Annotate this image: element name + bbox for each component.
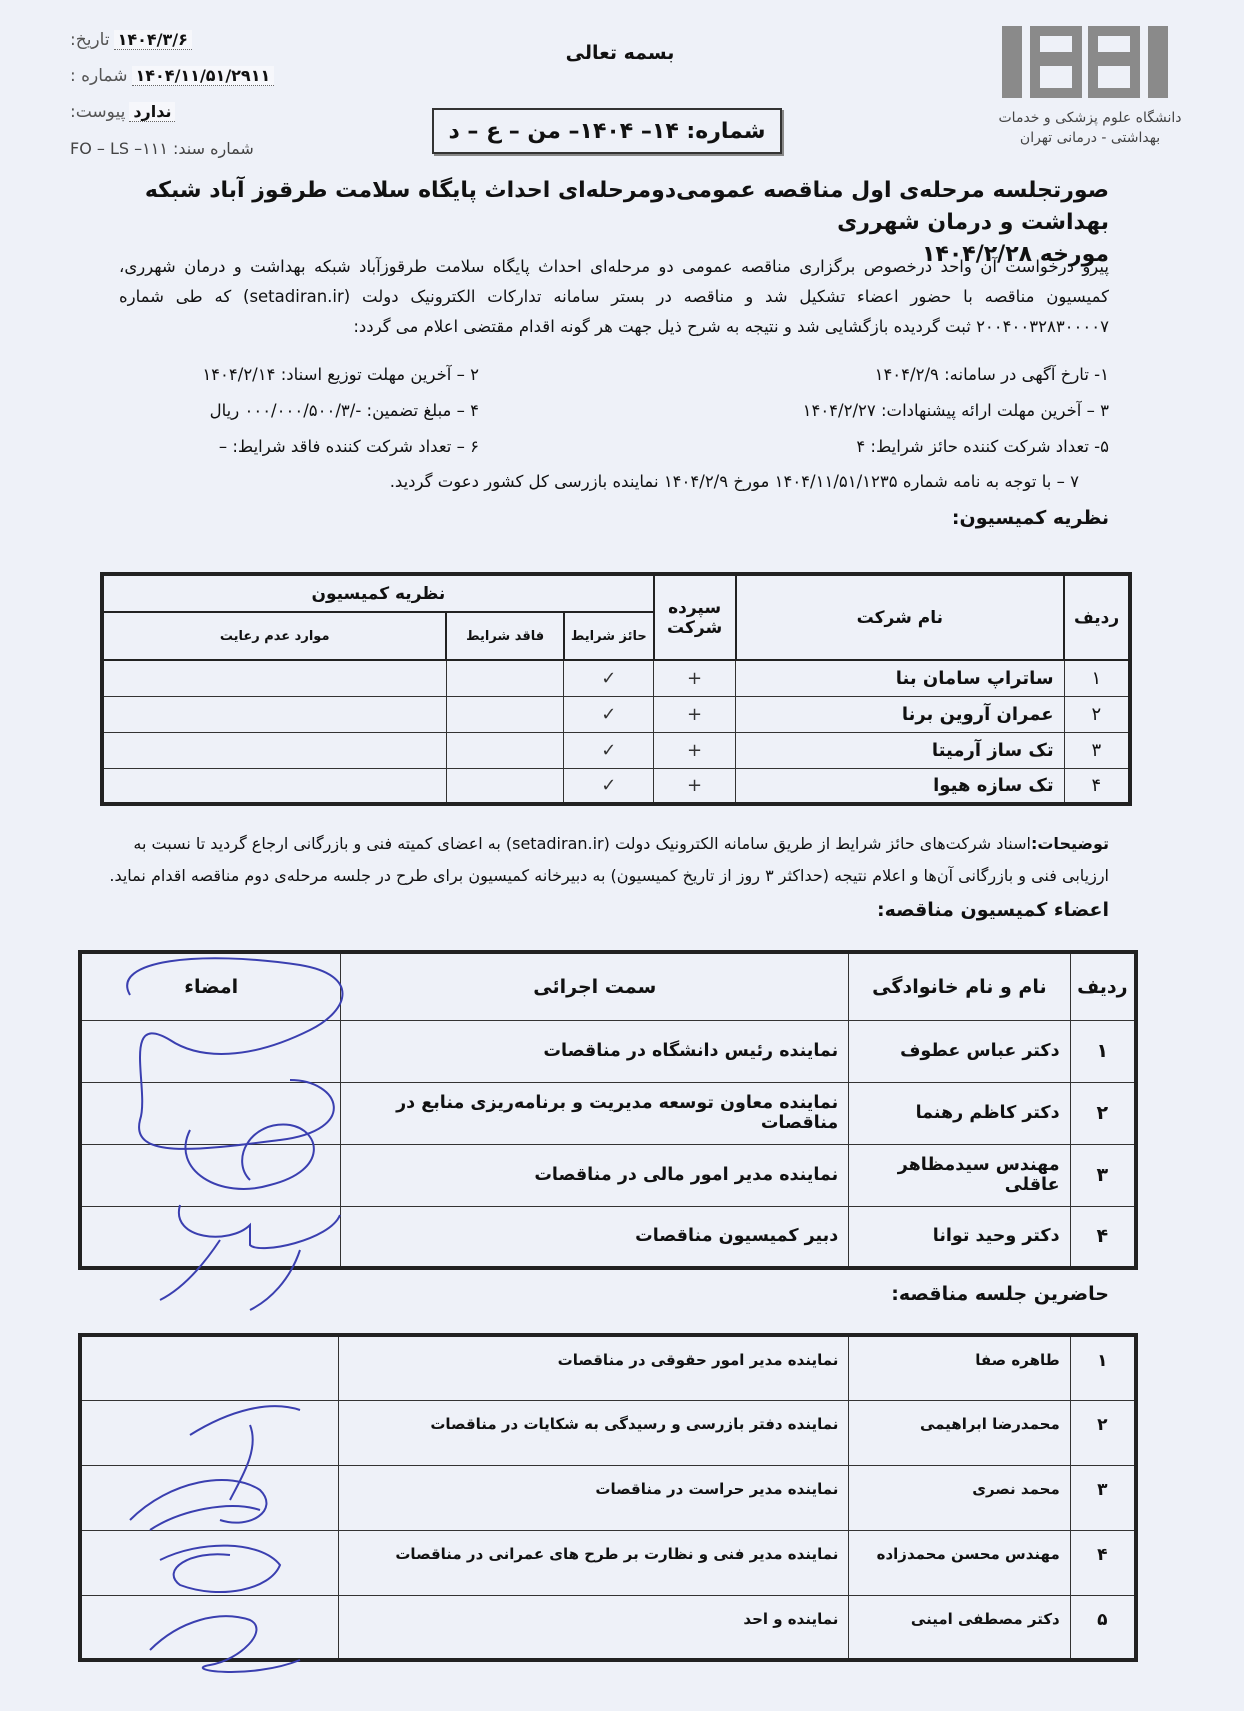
- table-row: ۳ محمد نصری نماینده مدیر حراست در مناقصا…: [80, 1465, 1136, 1530]
- university-name: دانشگاه علوم پزشکی و خدمات بهداشتی - درم…: [985, 108, 1195, 148]
- signature-cell: [80, 1082, 341, 1144]
- col-header-row: ردیف: [1064, 574, 1130, 660]
- members-col-row: ردیف: [1070, 952, 1136, 1020]
- noncompliance-cell: [102, 660, 446, 696]
- attendee-name: دکتر مصطفی امینی: [849, 1595, 1070, 1660]
- check-icon: ✓: [564, 732, 654, 768]
- member-role: دبیر کمیسیون مناقصات: [341, 1206, 849, 1268]
- row-number: ۳: [1070, 1144, 1136, 1206]
- fact-qualified-count: ۵- تعداد شرکت کننده حائز شرایط: ۴: [609, 437, 1109, 456]
- check-icon: ✓: [564, 696, 654, 732]
- attendee-name: محمد نصری: [849, 1465, 1070, 1530]
- check-icon: ✓: [564, 660, 654, 696]
- deposit-mark: +: [654, 696, 736, 732]
- signature-cell: [80, 1020, 341, 1082]
- attendee-role: نماینده مدیر حراست در مناقصات: [339, 1465, 849, 1530]
- col-header-opinion: نظریه کمیسیون: [102, 574, 654, 612]
- table-row: ۴ مهندس محسن محمدزاده نماینده مدیر فنی و…: [80, 1530, 1136, 1595]
- attendees-heading: حاضرین جلسه مناقصه:: [709, 1283, 1109, 1305]
- signature-cell: [80, 1144, 341, 1206]
- members-col-name: نام و نام خانوادگی: [849, 952, 1070, 1020]
- table-row: ۲ دکتر کاظم رهنما نماینده معاون توسعه مد…: [80, 1082, 1136, 1144]
- meta-date-value: ۱۴۰۴/۳/۶: [114, 30, 192, 50]
- noncompliance-cell: [102, 696, 446, 732]
- col-header-qualified: حائز شرایط: [564, 612, 654, 660]
- row-number: ۲: [1070, 1082, 1136, 1144]
- meta-date-row: تاریخ: ۱۴۰۴/۳/۶: [70, 22, 310, 58]
- members-heading: اعضاء کمیسیون مناقصه:: [99, 894, 1109, 926]
- member-role: نماینده مدیر امور مالی در مناقصات: [341, 1144, 849, 1206]
- col-header-noncompliance: موارد عدم رعایت: [102, 612, 446, 660]
- unqualified-cell: [446, 660, 564, 696]
- member-name: دکتر وحید توانا: [849, 1206, 1070, 1268]
- company-name: تک سازه هیوا: [736, 768, 1065, 804]
- member-role: نماینده معاون توسعه مدیریت و برنامه‌ریزی…: [341, 1082, 849, 1144]
- meta-number-row: شماره : ۱۴۰۴/۱۱/۵۱/۲۹۱۱: [70, 58, 310, 94]
- table-row: ۲ محمدرضا ابراهیمی نماینده دفتر بازرسی و…: [80, 1400, 1136, 1465]
- deposit-mark: +: [654, 768, 736, 804]
- company-name: ساتراپ سامان بنا: [736, 660, 1065, 696]
- table-row: ۱ طاهره صفا نماینده مدیر امور حقوقی در م…: [80, 1335, 1136, 1400]
- company-name: عمران آروین برنا: [736, 696, 1065, 732]
- meta-number-value: ۱۴۰۴/۱۱/۵۱/۲۹۱۱: [132, 66, 275, 86]
- fact-bid-deadline: ۳ – آخرین مهلت ارائه پیشنهادات: ۱۴۰۴/۲/۲…: [609, 401, 1109, 420]
- members-table: ردیف نام و نام خانوادگی سمت اجرائی امضاء…: [78, 950, 1138, 1270]
- fact-ad-date: ۱- تارخ آگهی در سامانه: ۱۴۰۴/۲/۹: [609, 365, 1109, 384]
- tender-facts: ۱- تارخ آگهی در سامانه: ۱۴۰۴/۲/۹ ۲ – آخر…: [109, 356, 1109, 536]
- meta-docno-row: شماره سند: ۱۱۱– FO – LS: [70, 130, 310, 166]
- member-name: دکتر کاظم رهنما: [849, 1082, 1070, 1144]
- meta-attachment-row: پیوست: ندارد: [70, 94, 310, 130]
- signature-cell: [80, 1400, 339, 1465]
- attendee-name: طاهره صفا: [849, 1335, 1070, 1400]
- col-header-company: نام شرکت: [736, 574, 1065, 660]
- attendees-table: ۱ طاهره صفا نماینده مدیر امور حقوقی در م…: [78, 1333, 1138, 1662]
- meta-date-label: تاریخ:: [70, 30, 110, 50]
- row-number: ۴: [1070, 1530, 1136, 1595]
- university-name-line2: بهداشتی - درمانی تهران: [985, 128, 1195, 148]
- university-name-line1: دانشگاه علوم پزشکی و خدمات: [985, 108, 1195, 128]
- signature-cell: [80, 1530, 339, 1595]
- attendee-role: نماینده مدیر امور حقوقی در مناقصات: [339, 1335, 849, 1400]
- attendee-name: مهندس محسن محمدزاده: [849, 1530, 1070, 1595]
- table-row: ۳ مهندس سیدمظاهر عاقلی نماینده مدیر امور…: [80, 1144, 1136, 1206]
- signature-cell: [80, 1206, 341, 1268]
- session-number-box: شماره: ۱۴– ۱۴۰۴– من – ع – د: [432, 108, 782, 154]
- table-row: ۱ ساتراپ سامان بنا + ✓: [102, 660, 1130, 696]
- meta-number-label: شماره :: [70, 66, 128, 86]
- table-row: ۵ دکتر مصطفی امینی نماینده و احد: [80, 1595, 1136, 1660]
- meta-doc-number: شماره سند: ۱۱۱– FO – LS: [70, 139, 254, 158]
- fact-unqualified-count: ۶ – تعداد شرکت کننده فاقد شرایط: –: [109, 437, 609, 456]
- check-icon: ✓: [564, 768, 654, 804]
- meta-attachment-label: پیوست:: [70, 102, 125, 122]
- members-col-signature: امضاء: [80, 952, 341, 1020]
- intro-paragraph: پیرو درخواست آن واحد درخصوص برگزاری مناق…: [119, 252, 1109, 342]
- table-row: ۱ دکتر عباس عطوف نماینده رئیس دانشگاه در…: [80, 1020, 1136, 1082]
- member-name: دکتر عباس عطوف: [849, 1020, 1070, 1082]
- table-row: ۴ دکتر وحید توانا دبیر کمیسیون مناقصات: [80, 1206, 1136, 1268]
- fact-inspector-note: ۷ – با توجه به نامه شماره ۱۴۰۴/۱۱/۵۱/۱۲۳…: [109, 464, 1109, 500]
- notes-label: توضیحات:: [1031, 834, 1109, 853]
- row-number: ۱: [1070, 1020, 1136, 1082]
- companies-table: ردیف نام شرکت سپرده شرکت نظریه کمیسیون ح…: [100, 572, 1132, 806]
- fact-guarantee-amount: ۴ – مبلغ تضمین: -/۰۰۰/۰۰۰/۵۰۰/۳ ریال: [109, 401, 609, 420]
- unqualified-cell: [446, 696, 564, 732]
- table-row: ۴ تک سازه هیوا + ✓: [102, 768, 1130, 804]
- notes-text: اسناد شرکت‌های حائز شرایط از طریق سامانه…: [109, 834, 1109, 885]
- attendee-role: نماینده و احد: [339, 1595, 849, 1660]
- commission-opinion-heading: نظریه کمیسیون:: [109, 500, 1109, 536]
- university-logo-icon: [1000, 22, 1170, 102]
- noncompliance-cell: [102, 768, 446, 804]
- row-number: ۴: [1064, 768, 1130, 804]
- document-meta: تاریخ: ۱۴۰۴/۳/۶ شماره : ۱۴۰۴/۱۱/۵۱/۲۹۱۱ …: [70, 22, 310, 166]
- table-row: ۳ تک ساز آرمیتا + ✓: [102, 732, 1130, 768]
- row-number: ۱: [1070, 1335, 1136, 1400]
- bismillah-heading: بسمه تعالی: [520, 42, 720, 64]
- table-row: ۲ عمران آروین برنا + ✓: [102, 696, 1130, 732]
- attendee-role: نماینده مدیر فنی و نظارت بر طرح های عمرا…: [339, 1530, 849, 1595]
- unqualified-cell: [446, 732, 564, 768]
- signature-cell: [80, 1595, 339, 1660]
- unqualified-cell: [446, 768, 564, 804]
- row-number: ۴: [1070, 1206, 1136, 1268]
- col-header-deposit: سپرده شرکت: [654, 574, 736, 660]
- signature-cell: [80, 1335, 339, 1400]
- member-role: نماینده رئیس دانشگاه در مناقصات: [341, 1020, 849, 1082]
- row-number: ۳: [1064, 732, 1130, 768]
- attendee-name: محمدرضا ابراهیمی: [849, 1400, 1070, 1465]
- row-number: ۲: [1070, 1400, 1136, 1465]
- deposit-mark: +: [654, 732, 736, 768]
- row-number: ۱: [1064, 660, 1130, 696]
- noncompliance-cell: [102, 732, 446, 768]
- deposit-mark: +: [654, 660, 736, 696]
- company-name: تک ساز آرمیتا: [736, 732, 1065, 768]
- row-number: ۳: [1070, 1465, 1136, 1530]
- col-header-unqualified: فاقد شرایط: [446, 612, 564, 660]
- member-name: مهندس سیدمظاهر عاقلی: [849, 1144, 1070, 1206]
- attendee-role: نماینده دفتر بازرسی و رسیدگی به شکایات د…: [339, 1400, 849, 1465]
- title-line1: صورتجلسه مرحله‌ی اول مناقصه عمومی‌دومرحل…: [129, 175, 1109, 239]
- notes-section: توضیحات:اسناد شرکت‌های حائز شرایط از طری…: [99, 828, 1109, 926]
- members-col-role: سمت اجرائی: [341, 952, 849, 1020]
- row-number: ۵: [1070, 1595, 1136, 1660]
- signature-cell: [80, 1465, 339, 1530]
- row-number: ۲: [1064, 696, 1130, 732]
- meta-attachment-value: ندارد: [129, 102, 175, 122]
- fact-doc-deadline: ۲ – آخرین مهلت توزیع اسناد: ۱۴۰۴/۲/۱۴: [109, 365, 609, 384]
